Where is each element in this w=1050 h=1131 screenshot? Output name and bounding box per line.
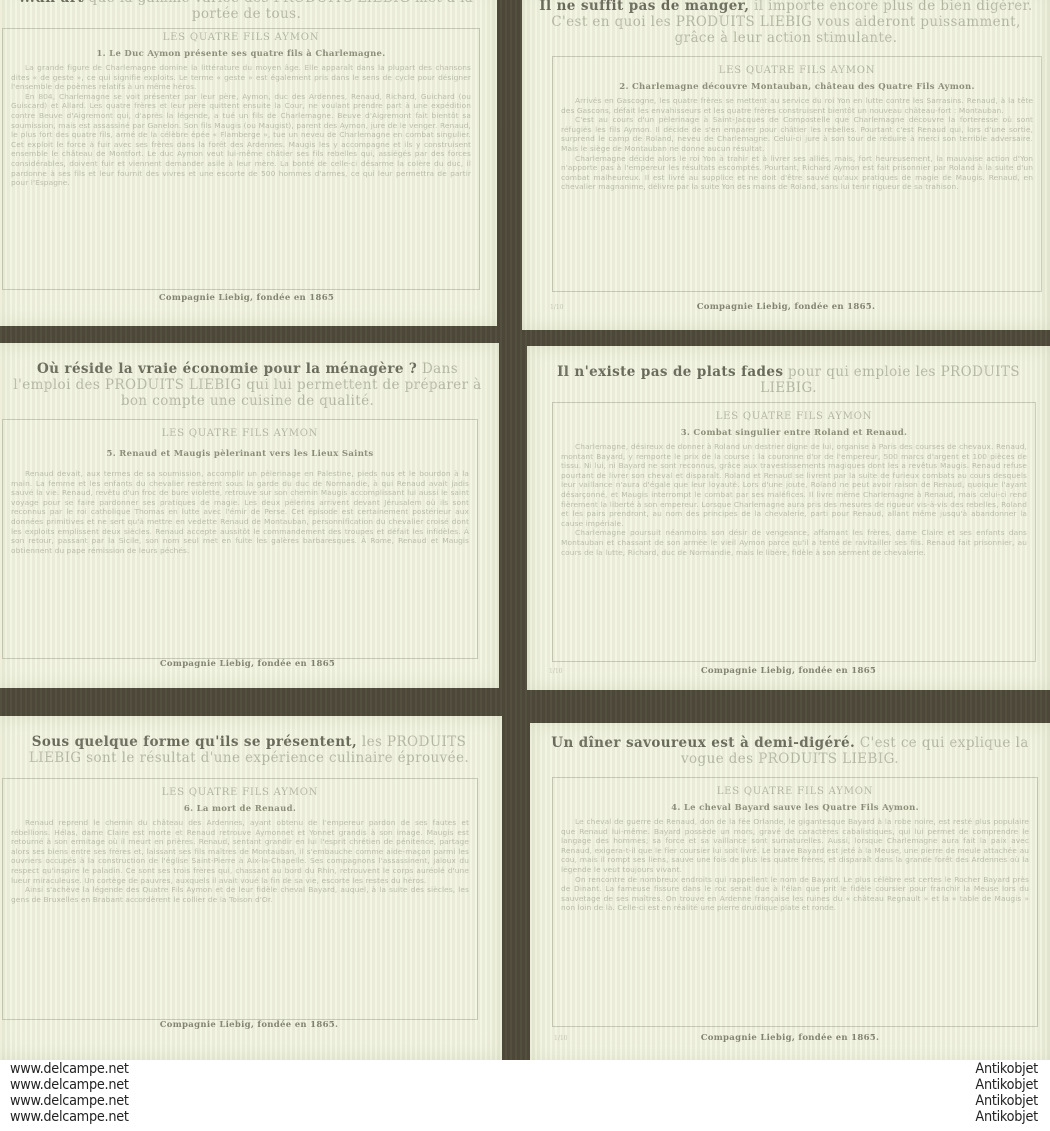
trade-card-6: Un dîner savoureux est à demi-digéré. C'…: [530, 723, 1050, 1060]
body-paragraph: Charlemagne, désireux de donner à Roland…: [561, 442, 1027, 528]
headline-rest: pour qui emploie les PRODUITS LIEBIG.: [760, 364, 1020, 396]
headline-bold: Où réside la vraie économie pour la ména…: [37, 361, 417, 377]
watermark-site-link[interactable]: www.delcampe.net: [10, 1110, 129, 1126]
card-body: Renaud devait, aux termes de sa soumissi…: [3, 459, 477, 555]
trade-card-5: Sous quelque forme qu'ils se présentent,…: [0, 716, 502, 1060]
trade-card-2: Il ne suffit pas de manger, il importe e…: [522, 0, 1050, 330]
watermark-seller: Antikobjet: [976, 1078, 1038, 1094]
text-frame: LES QUATRE FILS AYMON 5. Renaud et Maugi…: [2, 419, 478, 659]
headline-bold: Sous quelque forme qu'ils se présentent,: [32, 734, 357, 750]
headline-bold: Un dîner savoureux est à demi-digéré.: [551, 735, 855, 751]
text-frame: LES QUATRE FILS AYMON 4. Le cheval Bayar…: [552, 777, 1038, 1027]
text-frame: LES QUATRE FILS AYMON 6. La mort de Rena…: [2, 778, 478, 1020]
card-footer: Compagnie Liebig, fondée en 1865.: [0, 1020, 502, 1030]
series-name: LES QUATRE FILS AYMON: [3, 428, 477, 439]
body-paragraph: Charlemagne poursuit néanmoins son désir…: [561, 528, 1027, 557]
text-frame: LES QUATRE FILS AYMON 1. Le Duc Aymon pr…: [2, 28, 480, 290]
card-footer: Compagnie Liebig, fondée en 1865: [527, 666, 1050, 676]
card-headline: Où réside la vraie économie pour la ména…: [0, 343, 499, 409]
series-name: LES QUATRE FILS AYMON: [553, 411, 1035, 422]
trade-card-1: ...un art que la gamme variée des PRODUI…: [0, 0, 497, 326]
body-paragraph: Le cheval de guerre de Renaud, don de la…: [561, 817, 1029, 875]
card-title: 3. Combat singulier entre Roland et Rena…: [553, 428, 1035, 438]
headline-rest: que la gamme variée des PRODUITS LIEBIG …: [84, 0, 473, 22]
text-frame: LES QUATRE FILS AYMON 2. Charlemagne déc…: [552, 56, 1042, 292]
watermark-seller: Antikobjet: [976, 1094, 1038, 1110]
body-paragraph: Renaud reprend le chemin du château des …: [11, 818, 469, 885]
card-footer: Compagnie Liebig, fondée en 1865.: [522, 302, 1050, 312]
body-paragraph: En 804, Charlemagne se voit présenter pa…: [11, 92, 471, 188]
card-title: 4. Le cheval Bayard sauve les Quatre Fil…: [553, 803, 1037, 813]
watermark-site-link[interactable]: www.delcampe.net: [10, 1062, 129, 1078]
body-paragraph: C'est au cours d'un pèlerinage à Saint-J…: [561, 115, 1033, 153]
headline-bold: ...un art: [20, 0, 84, 6]
series-name: LES QUATRE FILS AYMON: [3, 32, 479, 43]
card-body: Renaud reprend le chemin du château des …: [3, 814, 477, 904]
card-footer: Compagnie Liebig, fondée en 1865: [0, 293, 497, 303]
card-headline: Il ne suffit pas de manger, il importe e…: [522, 0, 1050, 46]
card-headline: Un dîner savoureux est à demi-digéré. C'…: [530, 723, 1050, 767]
body-paragraph: Charlemagne décide alors le roi Yon à tr…: [561, 154, 1033, 192]
scanned-photo: ...un art que la gamme variée des PRODUI…: [0, 0, 1050, 1060]
watermark-seller: Antikobjet: [976, 1110, 1038, 1126]
card-title: 2. Charlemagne découvre Montauban, châte…: [553, 82, 1041, 92]
card-body: Le cheval de guerre de Renaud, don de la…: [553, 813, 1037, 913]
body-paragraph: Ainsi s'achève la légende des Quatre Fil…: [11, 885, 469, 904]
card-title: 5. Renaud et Maugis pèlerinant vers les …: [3, 449, 477, 459]
series-name: LES QUATRE FILS AYMON: [3, 787, 477, 798]
watermark-seller: Antikobjet: [976, 1062, 1038, 1078]
series-name: LES QUATRE FILS AYMON: [553, 65, 1041, 76]
watermark-site-link[interactable]: www.delcampe.net: [10, 1094, 129, 1110]
trade-card-4: Il n'existe pas de plats fades pour qui …: [527, 346, 1050, 690]
headline-bold: Il ne suffit pas de manger,: [539, 0, 749, 14]
card-body: Charlemagne, désireux de donner à Roland…: [553, 438, 1035, 557]
card-headline: ...un art que la gamme variée des PRODUI…: [0, 0, 497, 22]
card-headline: Sous quelque forme qu'ils se présentent,…: [0, 716, 502, 766]
card-title: 6. La mort de Renaud.: [3, 804, 477, 814]
watermark-site-link[interactable]: www.delcampe.net: [10, 1078, 129, 1094]
body-paragraph: Renaud devait, aux termes de sa soumissi…: [11, 469, 469, 555]
card-body: Arrivés en Gascogne, les quatre frères s…: [553, 92, 1041, 192]
card-footer: Compagnie Liebig, fondée en 1865: [0, 659, 499, 669]
series-name: LES QUATRE FILS AYMON: [553, 786, 1037, 797]
card-headline: Il n'existe pas de plats fades pour qui …: [527, 346, 1050, 396]
watermark-left: www.delcampe.net www.delcampe.net www.de…: [10, 1062, 129, 1126]
card-body: La grande figure de Charlemagne domine l…: [3, 59, 479, 188]
body-paragraph: On rencontre de nombreux endroits qui ra…: [561, 875, 1029, 913]
card-footer: Compagnie Liebig, fondée en 1865.: [530, 1033, 1050, 1043]
card-title: 1. Le Duc Aymon présente ses quatre fils…: [3, 49, 479, 59]
body-paragraph: Arrivés en Gascogne, les quatre frères s…: [561, 96, 1033, 115]
body-paragraph: La grande figure de Charlemagne domine l…: [11, 63, 471, 92]
text-frame: LES QUATRE FILS AYMON 3. Combat singulie…: [552, 402, 1036, 662]
trade-card-3: Où réside la vraie économie pour la ména…: [0, 343, 499, 688]
watermark-right: Antikobjet Antikobjet Antikobjet Antikob…: [976, 1062, 1038, 1126]
headline-bold: Il n'existe pas de plats fades: [557, 364, 783, 380]
